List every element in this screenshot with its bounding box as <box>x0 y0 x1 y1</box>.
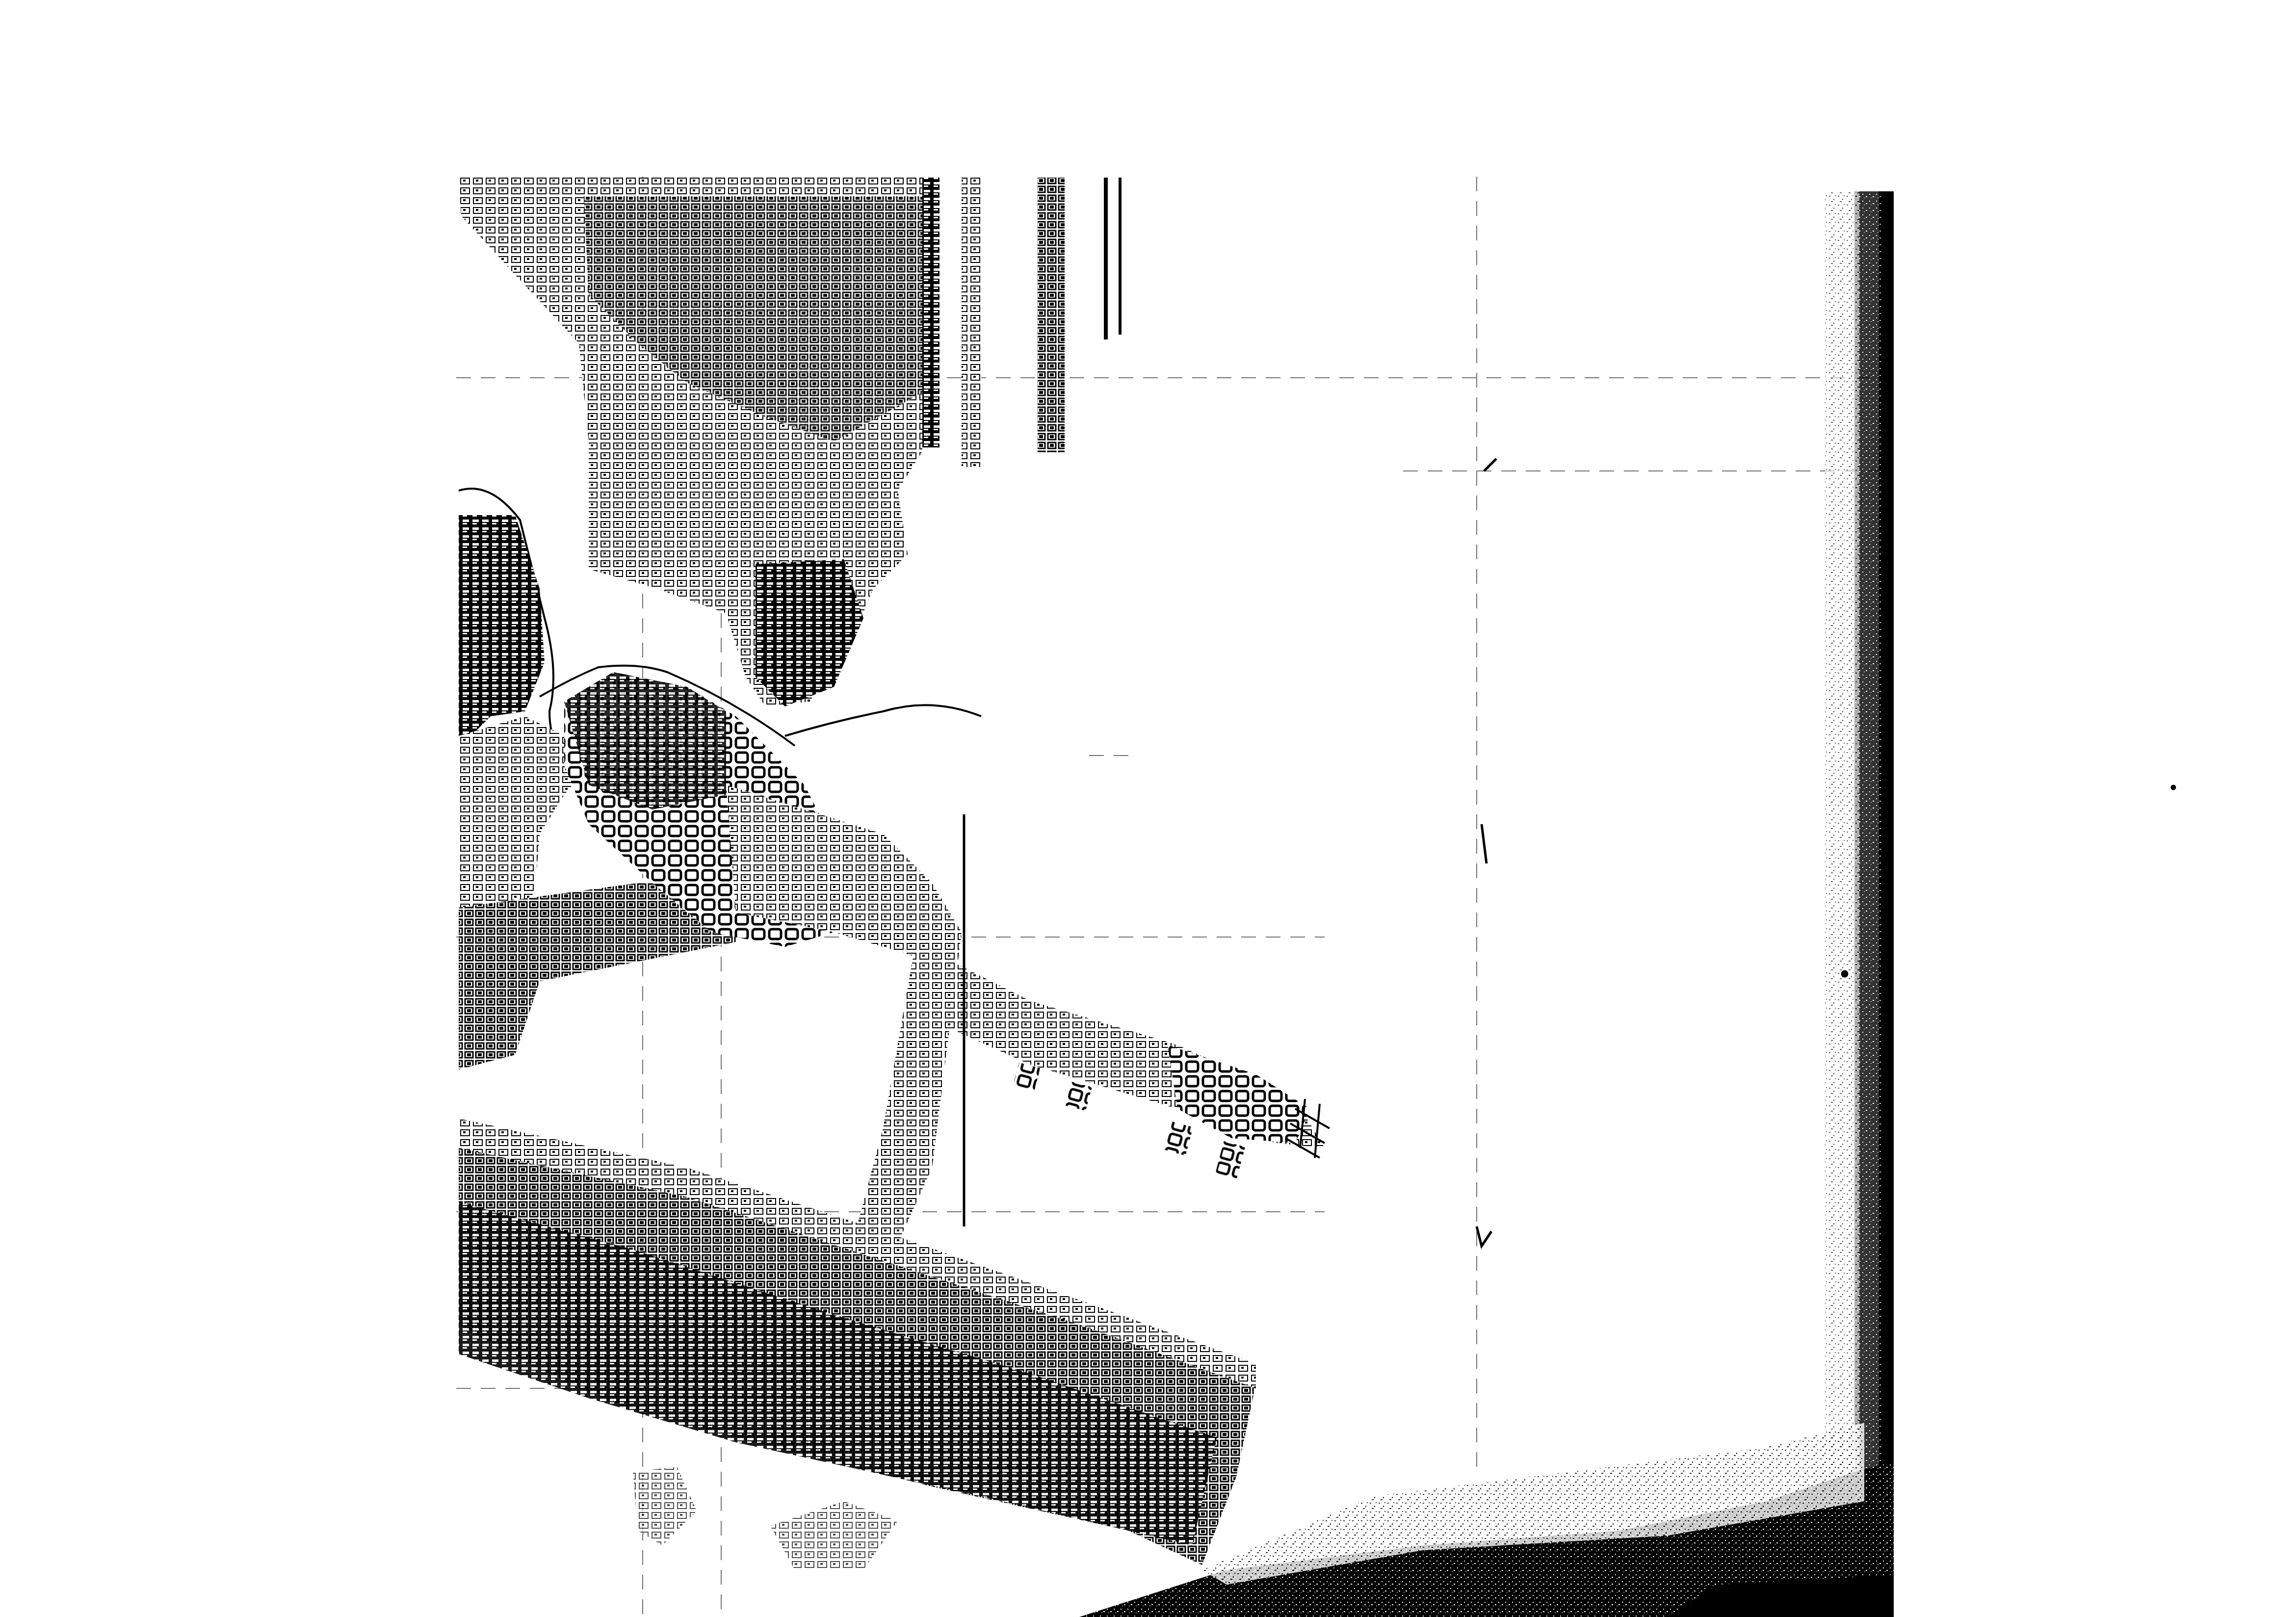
north-columns <box>922 178 1122 467</box>
map-canvas <box>0 0 2296 1617</box>
south-district <box>459 1119 1256 1570</box>
east-peninsula <box>932 952 1330 1180</box>
